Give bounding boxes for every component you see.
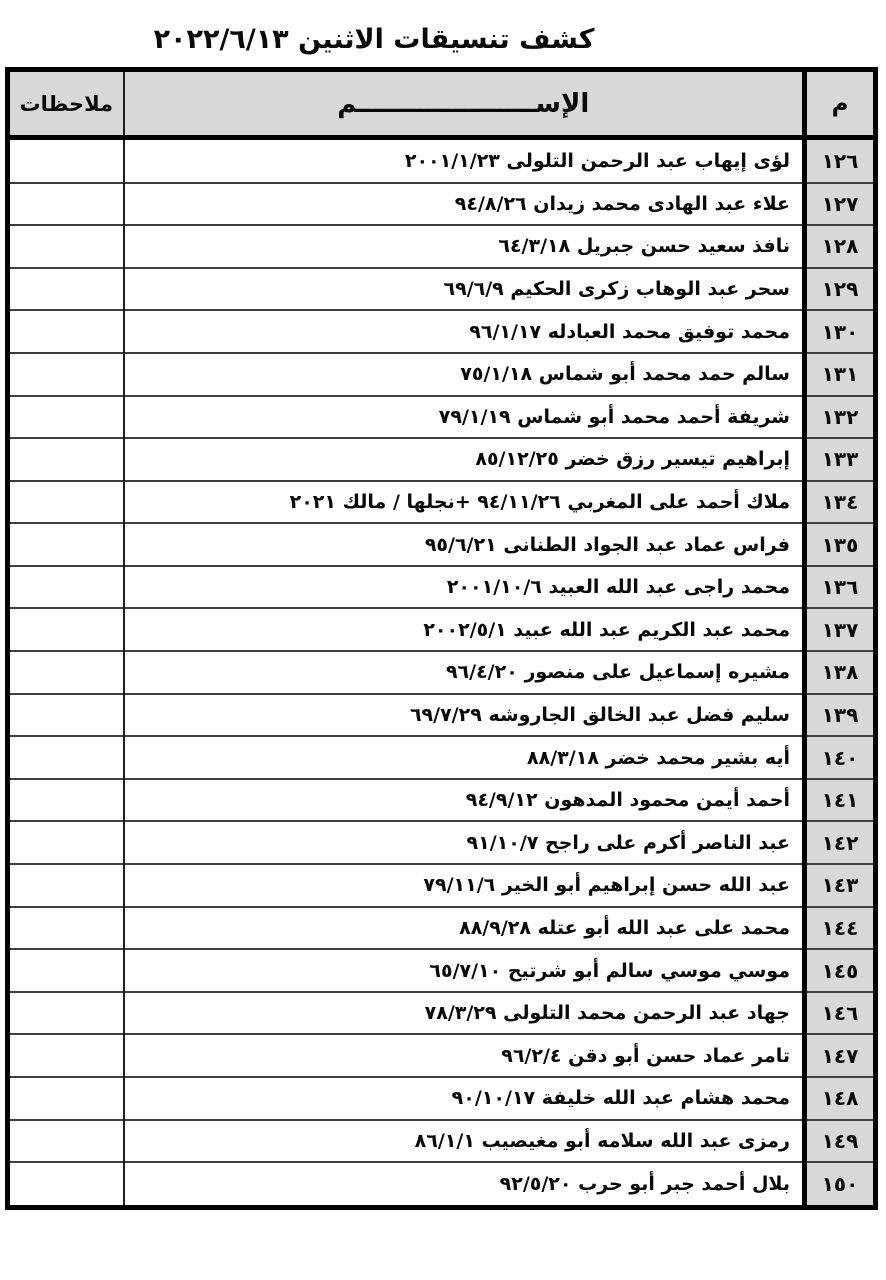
- notes-cell: [8, 992, 124, 1035]
- table-row: ١٤٢عبد الناصر أكرم على راجح ٩١/١٠/٧: [8, 821, 876, 864]
- serial-cell: ١٣٨: [805, 651, 876, 694]
- table-row: ١٣٦محمد راجى عبد الله العبيد ٢٠٠١/١٠/٦: [8, 566, 876, 609]
- notes-cell: [8, 736, 124, 779]
- table-body: ١٢٦لؤى إيهاب عبد الرحمن التلولى ٢٠٠١/١/٢…: [8, 138, 876, 1208]
- name-cell: ملاك أحمد على المغربي ٩٤/١١/٢٦ +نجلها / …: [124, 481, 805, 524]
- name-cell: سليم فضل عبد الخالق الجاروشه ٦٩/٧/٢٩: [124, 694, 805, 737]
- name-cell: لؤى إيهاب عبد الرحمن التلولى ٢٠٠١/١/٢٣: [124, 138, 805, 183]
- notes-cell: [8, 949, 124, 992]
- table-row: ١٤٠أيه بشير محمد خضر ٨٨/٣/١٨: [8, 736, 876, 779]
- serial-cell: ١٤٤: [805, 907, 876, 950]
- serial-cell: ١٢٩: [805, 268, 876, 311]
- table-row: ١٢٩سحر عبد الوهاب زكرى الحكيم ٦٩/٦/٩: [8, 268, 876, 311]
- notes-cell: [8, 438, 124, 481]
- name-cell: محمد راجى عبد الله العبيد ٢٠٠١/١٠/٦: [124, 566, 805, 609]
- table-row: ١٤٤محمد على عبد الله أبو عتله ٨٨/٩/٢٨: [8, 907, 876, 950]
- name-cell: مشيره إسماعيل على منصور ٩٦/٤/٢٠: [124, 651, 805, 694]
- name-cell: نافذ سعيد حسن جبريل ٦٤/٣/١٨: [124, 225, 805, 268]
- document-title: كشف تنسيقات الاثنين ٢٠٢٢/٦/١٣: [0, 24, 748, 55]
- notes-cell: [8, 1034, 124, 1077]
- table-row: ١٣١سالم حمد محمد أبو شماس ٧٥/١/١٨: [8, 353, 876, 396]
- table-row: ١٢٧علاء عبد الهادى محمد زيدان ٩٤/٨/٢٦: [8, 183, 876, 226]
- name-cell: تامر عماد حسن أبو دقن ٩٦/٢/٤: [124, 1034, 805, 1077]
- serial-cell: ١٣٩: [805, 694, 876, 737]
- name-cell: محمد عبد الكريم عبد الله عبيد ٢٠٠٢/٥/١: [124, 608, 805, 651]
- table-row: ١٤٥موسي موسي سالم أبو شرتيح ٦٥/٧/١٠: [8, 949, 876, 992]
- serial-cell: ١٤٥: [805, 949, 876, 992]
- serial-cell: ١٣٤: [805, 481, 876, 524]
- table-row: ١٥٠بلال أحمد جبر أبو حرب ٩٢/٥/٢٠: [8, 1162, 876, 1207]
- serial-cell: ١٤٦: [805, 992, 876, 1035]
- notes-cell: [8, 225, 124, 268]
- name-cell: محمد هشام عبد الله خليفة ٩٠/١٠/١٧: [124, 1077, 805, 1120]
- notes-cell: [8, 779, 124, 822]
- name-cell: عبد الله حسن إبراهيم أبو الخير ٧٩/١١/٦: [124, 864, 805, 907]
- serial-cell: ١٣٣: [805, 438, 876, 481]
- header-serial: م: [805, 70, 876, 138]
- header-row: م الإســــــــــــــــــــم ملاحظات: [8, 70, 876, 138]
- table-row: ١٤٧تامر عماد حسن أبو دقن ٩٦/٢/٤: [8, 1034, 876, 1077]
- notes-cell: [8, 651, 124, 694]
- serial-cell: ١٤٢: [805, 821, 876, 864]
- serial-cell: ١٤٠: [805, 736, 876, 779]
- name-cell: أحمد أيمن محمود المدهون ٩٤/٩/١٢: [124, 779, 805, 822]
- header-notes: ملاحظات: [8, 70, 124, 138]
- notes-cell: [8, 694, 124, 737]
- name-cell: سحر عبد الوهاب زكرى الحكيم ٦٩/٦/٩: [124, 268, 805, 311]
- notes-cell: [8, 1077, 124, 1120]
- serial-cell: ١٣٢: [805, 396, 876, 439]
- name-cell: محمد على عبد الله أبو عتله ٨٨/٩/٢٨: [124, 907, 805, 950]
- name-cell: عبد الناصر أكرم على راجح ٩١/١٠/٧: [124, 821, 805, 864]
- table-row: ١٤٣عبد الله حسن إبراهيم أبو الخير ٧٩/١١/…: [8, 864, 876, 907]
- table-row: ١٣٢شريفة أحمد محمد أبو شماس ٧٩/١/١٩: [8, 396, 876, 439]
- serial-cell: ١٥٠: [805, 1162, 876, 1207]
- table-row: ١٤٦جهاد عبد الرحمن محمد التلولى ٧٨/٣/٢٩: [8, 992, 876, 1035]
- notes-cell: [8, 268, 124, 311]
- serial-cell: ١٣٧: [805, 608, 876, 651]
- serial-cell: ١٢٨: [805, 225, 876, 268]
- name-cell: أيه بشير محمد خضر ٨٨/٣/١٨: [124, 736, 805, 779]
- notes-cell: [8, 1120, 124, 1163]
- name-cell: سالم حمد محمد أبو شماس ٧٥/١/١٨: [124, 353, 805, 396]
- serial-cell: ١٤٩: [805, 1120, 876, 1163]
- table-row: ١٤١أحمد أيمن محمود المدهون ٩٤/٩/١٢: [8, 779, 876, 822]
- notes-cell: [8, 481, 124, 524]
- notes-cell: [8, 821, 124, 864]
- serial-cell: ١٢٦: [805, 138, 876, 183]
- coordination-table: م الإســــــــــــــــــــم ملاحظات ١٢٦ل…: [5, 67, 878, 1210]
- notes-cell: [8, 907, 124, 950]
- serial-cell: ١٣١: [805, 353, 876, 396]
- table-row: ١٤٩رمزى عبد الله سلامه أبو مغيصيب ٨٦/١/١: [8, 1120, 876, 1163]
- serial-cell: ١٣٠: [805, 310, 876, 353]
- table-row: ١٤٨محمد هشام عبد الله خليفة ٩٠/١٠/١٧: [8, 1077, 876, 1120]
- notes-cell: [8, 608, 124, 651]
- name-cell: محمد توفيق محمد العبادله ٩٦/١/١٧: [124, 310, 805, 353]
- serial-cell: ١٤٣: [805, 864, 876, 907]
- table-row: ١٣٤ملاك أحمد على المغربي ٩٤/١١/٢٦ +نجلها…: [8, 481, 876, 524]
- name-cell: موسي موسي سالم أبو شرتيح ٦٥/٧/١٠: [124, 949, 805, 992]
- name-cell: إبراهيم تيسير رزق خضر ٨٥/١٢/٢٥: [124, 438, 805, 481]
- serial-cell: ١٤١: [805, 779, 876, 822]
- notes-cell: [8, 864, 124, 907]
- serial-cell: ١٤٧: [805, 1034, 876, 1077]
- name-cell: بلال أحمد جبر أبو حرب ٩٢/٥/٢٠: [124, 1162, 805, 1207]
- table-row: ١٣٠محمد توفيق محمد العبادله ٩٦/١/١٧: [8, 310, 876, 353]
- notes-cell: [8, 353, 124, 396]
- notes-cell: [8, 183, 124, 226]
- name-cell: علاء عبد الهادى محمد زيدان ٩٤/٨/٢٦: [124, 183, 805, 226]
- serial-cell: ١٣٥: [805, 523, 876, 566]
- notes-cell: [8, 310, 124, 353]
- name-cell: فراس عماد عبد الجواد الطنانى ٩٥/٦/٢١: [124, 523, 805, 566]
- table-row: ١٢٨نافذ سعيد حسن جبريل ٦٤/٣/١٨: [8, 225, 876, 268]
- table-row: ١٣٥فراس عماد عبد الجواد الطنانى ٩٥/٦/٢١: [8, 523, 876, 566]
- name-cell: جهاد عبد الرحمن محمد التلولى ٧٨/٣/٢٩: [124, 992, 805, 1035]
- document-page: كشف تنسيقات الاثنين ٢٠٢٢/٦/١٣ م الإســــ…: [0, 0, 886, 1280]
- serial-cell: ١٤٨: [805, 1077, 876, 1120]
- notes-cell: [8, 566, 124, 609]
- serial-cell: ١٢٧: [805, 183, 876, 226]
- table-row: ١٣٨مشيره إسماعيل على منصور ٩٦/٤/٢٠: [8, 651, 876, 694]
- table-row: ١٣٧محمد عبد الكريم عبد الله عبيد ٢٠٠٢/٥/…: [8, 608, 876, 651]
- table-header: م الإســــــــــــــــــــم ملاحظات: [8, 70, 876, 138]
- notes-cell: [8, 138, 124, 183]
- table-row: ١٢٦لؤى إيهاب عبد الرحمن التلولى ٢٠٠١/١/٢…: [8, 138, 876, 183]
- name-cell: شريفة أحمد محمد أبو شماس ٧٩/١/١٩: [124, 396, 805, 439]
- notes-cell: [8, 396, 124, 439]
- header-name: الإســــــــــــــــــــم: [124, 70, 805, 138]
- notes-cell: [8, 523, 124, 566]
- table-row: ١٣٣إبراهيم تيسير رزق خضر ٨٥/١٢/٢٥: [8, 438, 876, 481]
- name-cell: رمزى عبد الله سلامه أبو مغيصيب ٨٦/١/١: [124, 1120, 805, 1163]
- notes-cell: [8, 1162, 124, 1207]
- table-row: ١٣٩سليم فضل عبد الخالق الجاروشه ٦٩/٧/٢٩: [8, 694, 876, 737]
- serial-cell: ١٣٦: [805, 566, 876, 609]
